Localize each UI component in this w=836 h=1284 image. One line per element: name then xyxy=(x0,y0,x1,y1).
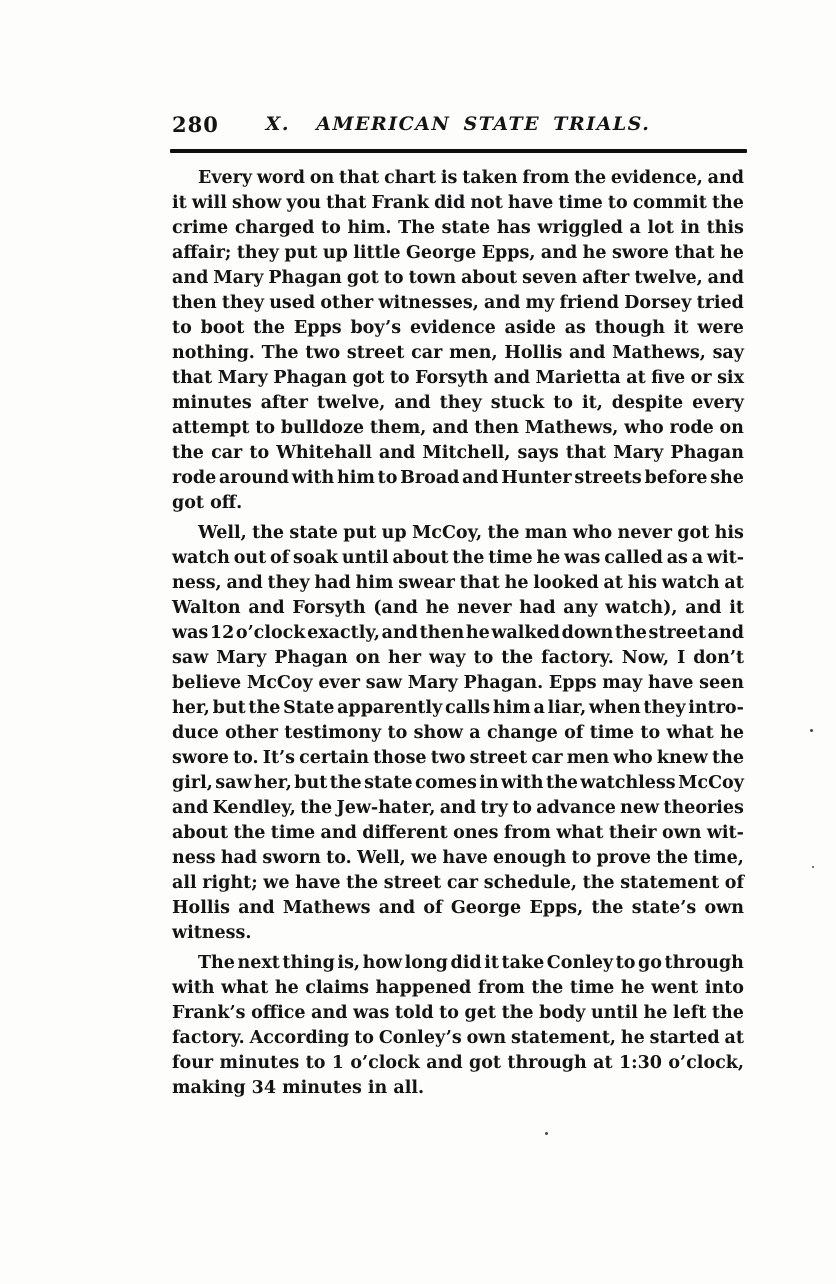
text-line: making 34 minutes in all. xyxy=(172,1076,744,1101)
text-line: Well,thestateputupMcCoy,themanwhonevergo… xyxy=(172,521,744,546)
text-line: watchoutofsoakuntilaboutthetimehewascall… xyxy=(172,546,744,571)
ink-speck xyxy=(812,866,814,868)
text-line: andMaryPhagangottotownaboutsevenaftertwe… xyxy=(172,266,744,291)
text-line: factory.AccordingtoConley’sownstatement,… xyxy=(172,1026,744,1051)
text-line: duceothertestimonytoshowachangeoftimetow… xyxy=(172,721,744,746)
text-line: Frank’sofficeandwastoldtogetthebodyuntil… xyxy=(172,1001,744,1026)
text-line: minutesaftertwelve,andtheystucktoit,desp… xyxy=(172,391,744,416)
text-line: her,buttheStateapparentlycallshimaliar,w… xyxy=(172,696,744,721)
text-line: affair;theyputuplittleGeorgeEpps,andhesw… xyxy=(172,241,744,266)
text-line: aboutthetimeanddifferentonesfromwhatthei… xyxy=(172,821,744,846)
text-line: sworeto.It’scertainthosetwostreetcarmenw… xyxy=(172,746,744,771)
text-line: rodearoundwithhimtoBroadandHunterstreets… xyxy=(172,466,744,491)
text-line: attempttobulldozethem,andthenMathews,who… xyxy=(172,416,744,441)
ink-speck xyxy=(545,1132,548,1135)
text-line: fourminutesto1o’clockandgotthroughat1:30… xyxy=(172,1051,744,1076)
text-line: Everywordonthatchartistakenfromtheeviden… xyxy=(172,166,744,191)
text-line: Thenextthingis,howlongdidittakeConleytog… xyxy=(172,951,744,976)
running-title: X. AMERICAN STATE TRIALS. xyxy=(172,113,744,135)
text-line: itwillshowyouthatFrankdidnothavetimetoco… xyxy=(172,191,744,216)
text-line: andKendley,theJew-hater,andtrytoadvancen… xyxy=(172,796,744,821)
text-line: witness. xyxy=(172,921,744,946)
text-line: ness,andtheyhadhimswearthathelookedathis… xyxy=(172,571,744,596)
text-line: thatMaryPhagangottoForsythandMariettaatf… xyxy=(172,366,744,391)
paragraph: Everywordonthatchartistakenfromtheeviden… xyxy=(172,166,744,516)
page-header: 280 X. AMERICAN STATE TRIALS. xyxy=(172,112,744,142)
text-line: withwhatheclaimshappenedfromthetimehewen… xyxy=(172,976,744,1001)
paragraph: Well,thestateputupMcCoy,themanwhonevergo… xyxy=(172,521,744,946)
text-line: HollisandMathewsandofGeorgeEpps,thestate… xyxy=(172,896,744,921)
text-line: got off. xyxy=(172,491,744,516)
header-rule xyxy=(170,149,747,153)
text-line: crimechargedtohim.Thestatehaswriggledalo… xyxy=(172,216,744,241)
text-line: allright;wehavethestreetcarschedule,thes… xyxy=(172,871,744,896)
text-line: thentheyusedotherwitnesses,andmyfriendDo… xyxy=(172,291,744,316)
paragraph: Thenextthingis,howlongdidittakeConleytog… xyxy=(172,951,744,1101)
text-line: was12o’clockexactly,andthenhewalkeddownt… xyxy=(172,621,744,646)
book-page: 280 X. AMERICAN STATE TRIALS. Everywordo… xyxy=(0,0,836,1284)
text-line: sawMaryPhaganonherwaytothefactory.Now,Id… xyxy=(172,646,744,671)
ink-speck xyxy=(810,729,813,732)
text-line: WaltonandForsyth(andheneverhadanywatch),… xyxy=(172,596,744,621)
page-body: Everywordonthatchartistakenfromtheeviden… xyxy=(172,166,744,1101)
text-line: nothing.Thetwostreetcarmen,HollisandMath… xyxy=(172,341,744,366)
text-line: nesshadswornto.Well,wehaveenoughtoprovet… xyxy=(172,846,744,871)
text-line: girl,sawher,butthestatecomesinwiththewat… xyxy=(172,771,744,796)
text-line: believeMcCoyeversawMaryPhagan.Eppsmayhav… xyxy=(172,671,744,696)
text-line: thecartoWhitehallandMitchell,saysthatMar… xyxy=(172,441,744,466)
text-line: toboottheEppsboy’sevidenceasideasthoughi… xyxy=(172,316,744,341)
